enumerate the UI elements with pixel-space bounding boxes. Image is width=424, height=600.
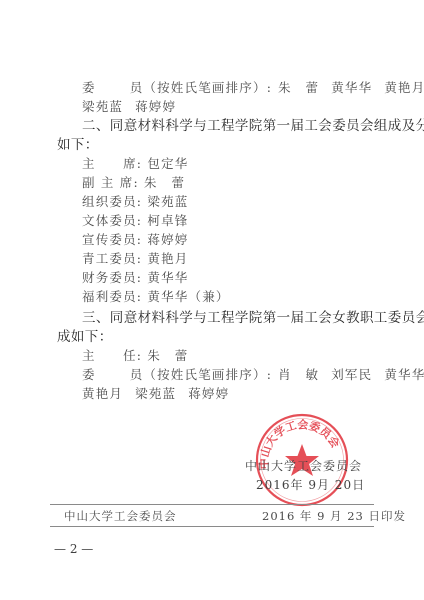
footer-issuer: 中山大学工会委员会 <box>64 508 177 524</box>
member-list-line-2: 梁苑蓝蒋婷婷 <box>82 99 176 115</box>
section-3-heading-cont: 成如下： <box>57 329 113 345</box>
member-name: 刘军民 <box>331 367 372 382</box>
role-name: 蒋婷婷 <box>147 232 188 247</box>
role-name: 黄艳月 <box>147 251 188 266</box>
signature-org: 中山大学工会委员会 <box>245 457 362 474</box>
role-row-vice-chair: 副 主 席: 朱 蕾 <box>82 175 185 191</box>
member-name: 梁苑蓝 <box>82 99 123 114</box>
role-name: 朱 蕾 <box>144 175 185 190</box>
role-name: 黄华华（兼） <box>147 289 229 304</box>
role-row-youth: 青工委员: 黄艳月 <box>82 251 189 267</box>
role-row-finance: 财务委员: 黄华华 <box>82 270 189 286</box>
member-name: 黄华华 <box>331 80 372 95</box>
footer-bottom-rule <box>50 526 374 527</box>
role-label: 副 主 席: <box>82 175 139 190</box>
section-2-heading: 二、同意材料科学与工程学院第一届工会委员会组成及分工 <box>82 118 424 134</box>
member-label-b: 员（按姓氏笔画排序）: <box>130 367 272 382</box>
role-row-chair: 主 席: 包定华 <box>82 156 189 172</box>
member-name: 蒋婷婷 <box>188 386 229 401</box>
role-label: 财务委员: <box>82 270 142 285</box>
role-name: 黄华华 <box>147 270 188 285</box>
member-name: 蒋婷婷 <box>135 99 176 114</box>
role-label: 宣传委员: <box>82 232 142 247</box>
role-row-organization: 组织委员: 梁苑蓝 <box>82 194 189 210</box>
director-row: 主 任: 朱 蕾 <box>82 348 189 364</box>
role-label: 文体委员: <box>82 213 142 228</box>
member-name: 黄华华 <box>384 367 424 382</box>
role-label: 主 席: <box>82 156 142 171</box>
role-label: 福利委员: <box>82 289 142 304</box>
role-label: 青工委员: <box>82 251 142 266</box>
page-number: — 2 — <box>54 542 93 556</box>
signature-date: 2016年 9月 20日 <box>256 476 365 493</box>
role-row-welfare: 福利委员: 黄华华（兼） <box>82 289 230 305</box>
member-name: 肖 敏 <box>278 367 319 382</box>
member-label-a: 委 <box>82 367 96 382</box>
member-name: 黄艳月 <box>384 80 424 95</box>
role-label: 主 任: <box>82 348 142 363</box>
member-name: 梁苑蓝 <box>135 386 176 401</box>
role-name: 梁苑蓝 <box>147 194 188 209</box>
member-name: 黄艳月 <box>82 386 123 401</box>
role-label: 组织委员: <box>82 194 142 209</box>
member-list-line-1: 委员（按姓氏笔画排序）:朱 蕾黄华华黄艳月 <box>82 80 424 96</box>
member-label-b: 员（按姓氏笔画排序）: <box>130 80 272 95</box>
member-name: 朱 蕾 <box>278 80 319 95</box>
role-name: 朱 蕾 <box>147 348 188 363</box>
member-list-line-2: 黄艳月梁苑蓝蒋婷婷 <box>82 386 229 402</box>
section-2-heading-cont: 如下： <box>57 137 99 153</box>
role-row-publicity: 宣传委员: 蒋婷婷 <box>82 232 189 248</box>
footer-top-rule <box>50 504 374 505</box>
role-row-culture: 文体委员: 柯卓锋 <box>82 213 189 229</box>
footer-print-date: 2016 年 9 月 23 日印发 <box>262 508 406 524</box>
member-label-a: 委 <box>82 80 96 95</box>
role-name: 包定华 <box>147 156 188 171</box>
role-name: 柯卓锋 <box>147 213 188 228</box>
section-3-heading: 三、同意材料科学与工程学院第一届工会女教职工委员会组 <box>82 310 424 326</box>
member-list-line-1: 委员（按姓氏笔画排序）:肖 敏刘军民黄华华 <box>82 367 424 383</box>
